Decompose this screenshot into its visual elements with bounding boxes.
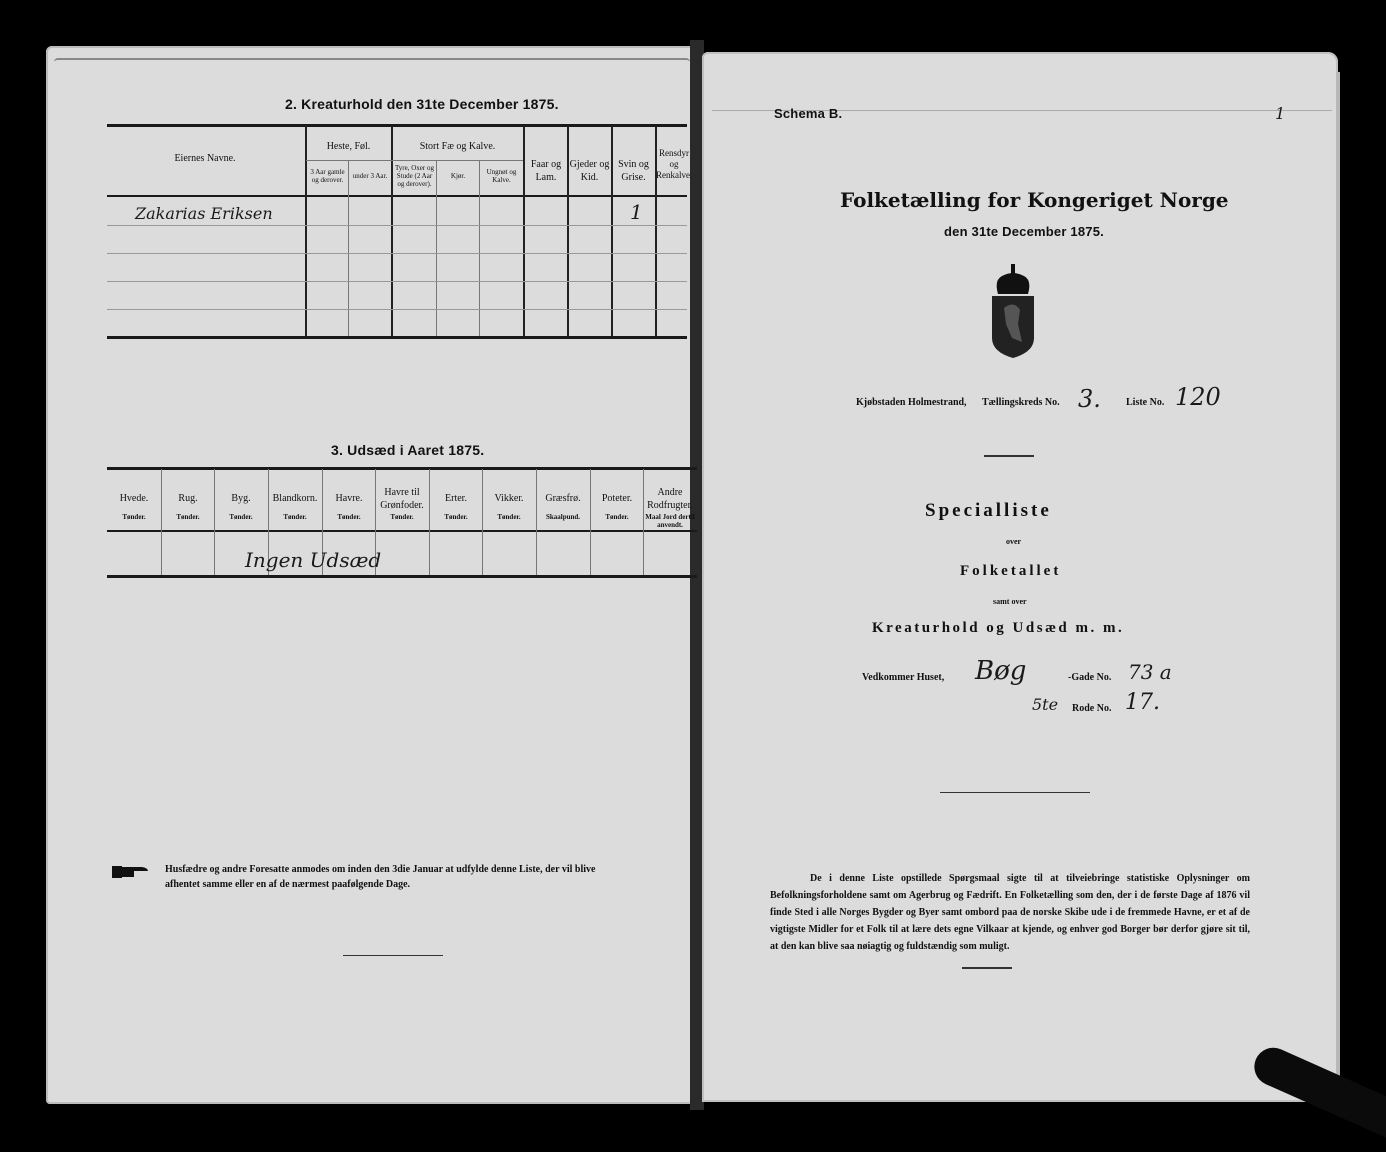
list-value: 120 — [1175, 383, 1221, 411]
udsaed-col-name: Andre Rodfrugter. — [643, 486, 697, 512]
street-name: Bøg — [975, 656, 1026, 686]
row-rule — [107, 309, 687, 310]
col-divider — [161, 469, 162, 575]
header-heste: Heste, Føl. — [306, 140, 391, 153]
col-divider — [590, 469, 591, 575]
table-top-rule — [107, 124, 687, 127]
header-stort-1: Tyre, Oxer og Stude (2 Aar og derover). — [393, 164, 436, 188]
col-divider — [214, 469, 215, 575]
divider — [343, 955, 443, 956]
udsaed-col-unit: Tønder. — [268, 513, 322, 521]
header-stort-fae: Stort Fæ og Kalve. — [392, 140, 523, 153]
udsaed-col-name: Hvede. — [107, 492, 161, 505]
col-divider — [482, 469, 483, 575]
table3-header-rule — [107, 530, 697, 532]
udsaed-col-name: Rug. — [161, 492, 215, 505]
page-stack-edge — [1336, 72, 1340, 1082]
udsaed-col-name: Blandkorn. — [268, 492, 322, 505]
header-svin: Svin og Grise. — [612, 158, 655, 184]
district-label: Tællingskreds No. — [982, 397, 1060, 408]
notice-line-2: afhentet samme eller en af de nærmest pa… — [165, 877, 665, 892]
header-stort-3: Ungnøt og Kalve. — [480, 168, 523, 184]
left-page-edge — [54, 58, 690, 68]
udsaed-col-unit: Tønder. — [322, 513, 376, 521]
col-divider — [536, 469, 537, 575]
udsaed-col-name: Vikker. — [482, 492, 536, 505]
house-label: Vedkommer Huset, — [862, 672, 944, 683]
district-value: 3. — [1078, 385, 1101, 413]
divider — [984, 455, 1034, 457]
table-bottom-rule — [107, 336, 687, 339]
rode-prefix: 5te — [1032, 695, 1058, 714]
subheader-rule — [306, 160, 523, 161]
col-divider — [429, 469, 430, 575]
table-header-rule — [107, 195, 687, 197]
rode-label: Rode No. — [1072, 703, 1111, 714]
notice-line-1: Husfædre og andre Foresatte anmodes om i… — [165, 862, 665, 877]
udsaed-col-unit: Tønder. — [161, 513, 215, 521]
udsaed-col-unit: Tønder. — [482, 513, 536, 521]
pointing-hand-icon — [112, 864, 152, 878]
udsaed-col-unit: Tønder. — [590, 513, 644, 521]
page-number: 1 — [1275, 104, 1285, 123]
notice-text: Husfædre og andre Foresatte anmodes om i… — [165, 862, 665, 892]
header-heste-2: under 3 Aar. — [349, 172, 391, 180]
town-label: Kjøbstaden Holmestrand, — [856, 397, 967, 408]
row-rule — [107, 225, 687, 226]
udsaed-col-unit: Maal Jord dertil anvendt. — [643, 513, 697, 529]
divider — [940, 792, 1090, 793]
samt-over-text: samt over — [993, 597, 1027, 606]
header-stort-2: Kjør. — [437, 172, 479, 180]
street-label: -Gade No. — [1068, 672, 1111, 683]
rode-number: 17. — [1125, 690, 1160, 715]
udsaed-col-unit: Tønder. — [214, 513, 268, 521]
col-divider — [391, 126, 393, 336]
header-owner: Eiernes Navne. — [120, 152, 290, 165]
over-text: over — [1006, 537, 1021, 546]
subtitle: den 31te December 1875. — [944, 224, 1104, 239]
udsaed-col-unit: Tønder. — [107, 513, 161, 521]
table3-top-rule — [107, 467, 697, 470]
udsaed-col-name: Erter. — [429, 492, 483, 505]
header-gjeder: Gjeder og Kid. — [568, 158, 611, 184]
kreaturhold-title: Kreaturhold og Udsæd m. m. — [872, 620, 1124, 637]
schema-label: Schema B. — [774, 106, 842, 121]
divider — [962, 967, 1012, 969]
udsaed-col-name: Havre. — [322, 492, 376, 505]
street-number: 73 a — [1128, 660, 1172, 684]
udsaed-entry: Ingen Udsæd — [245, 548, 381, 572]
udsaed-col-unit: Tønder. — [429, 513, 483, 521]
udsaed-col-unit: Tønder. — [375, 513, 429, 521]
folketallet-title: Folketallet — [960, 563, 1061, 580]
svin-count: 1 — [630, 200, 643, 224]
udsaed-col-name: Havre til Grønfoder. — [375, 486, 429, 512]
specialliste-title: Specialliste — [925, 500, 1052, 522]
info-paragraph: De i denne Liste opstillede Spørgsmaal s… — [770, 870, 1250, 955]
table3-bottom-rule — [107, 575, 697, 578]
row-rule — [107, 253, 687, 254]
header-faar: Faar og Lam. — [525, 158, 567, 184]
col-divider — [305, 126, 307, 336]
udsaed-col-unit: Skaalpund. — [536, 513, 590, 521]
section2-title: 2. Kreaturhold den 31te December 1875. — [285, 96, 559, 112]
udsaed-col-name: Poteter. — [590, 492, 644, 505]
row-rule — [107, 281, 687, 282]
header-rensdyr: Rensdyr og Renkalve. — [656, 148, 692, 181]
owner-name: Zakarias Eriksen — [135, 204, 273, 223]
udsaed-col-name: Byg. — [214, 492, 268, 505]
udsaed-col-name: Græsfrø. — [536, 492, 590, 505]
norwegian-coat-of-arms-icon — [988, 262, 1038, 358]
main-title: Folketælling for Kongeriget Norge — [840, 188, 1229, 212]
section3-title: 3. Udsæd i Aaret 1875. — [331, 442, 484, 458]
list-label: Liste No. — [1126, 397, 1164, 408]
header-heste-1: 3 Aar gamle og derover. — [307, 168, 348, 184]
